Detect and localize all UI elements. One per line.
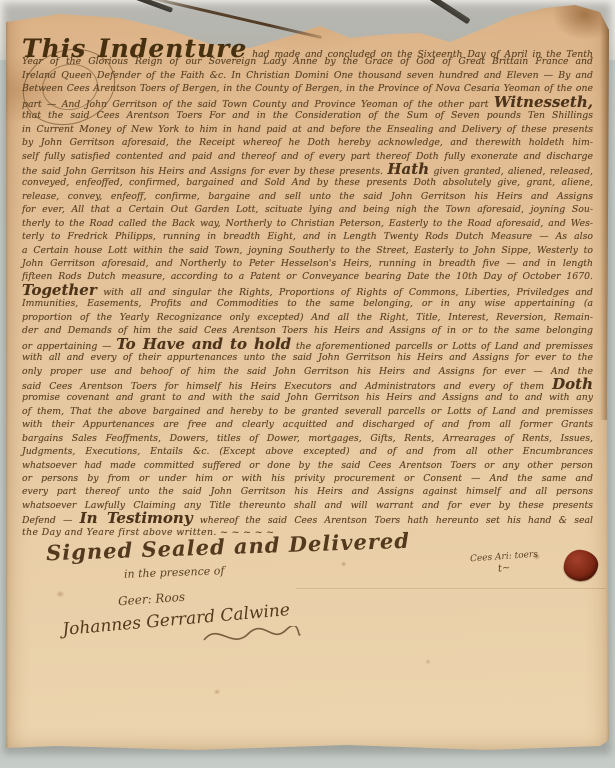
document-line: therly to the Road called the Back way, …	[22, 217, 593, 230]
document-line: that the said Cees Arentson Toers For an…	[22, 109, 593, 122]
document-line: Immunities, Easements, Profits and Commo…	[22, 297, 593, 310]
document-line: a Certain house Lott within the said Tow…	[22, 244, 593, 257]
document-line: This Indenture had made and concluded on…	[22, 42, 593, 55]
document-line: Year of the Glorious Reign of our Sovere…	[22, 55, 593, 68]
grantor-signature-flourish: t~	[497, 562, 510, 574]
signature-flourish	[202, 626, 302, 652]
document-line: for ever, All that a Certain Out Garden …	[22, 203, 593, 216]
document-line: self fully satisfied contented and paid …	[22, 150, 593, 163]
document-line: der and Demands of him the said Cees Are…	[22, 324, 593, 337]
document-line: only proper use and behoof of him the sa…	[22, 365, 593, 378]
document-body-text: This Indenture had made and concluded on…	[22, 42, 593, 539]
document-line: with their Appurtenances are free and cl…	[22, 418, 593, 431]
ink-layer: This Indenture had made and concluded on…	[6, 0, 609, 752]
manuscript-photo: { "scene": { "description": "Photograph …	[0, 0, 615, 768]
presence-line: in the presence of	[124, 564, 225, 581]
document-line: fifteen Rods Dutch measure, according to…	[22, 270, 593, 283]
document-line: or appertaining — To Have and to hold th…	[22, 338, 593, 351]
document-line: terly to Fredrick Philipps, running in b…	[22, 230, 593, 243]
document-line: with all and every of their appurtenance…	[22, 351, 593, 364]
document-line: Ireland Queen Defender of the Faith &c. …	[22, 69, 593, 82]
document-line: Together with all and singular the Right…	[22, 284, 593, 297]
document-line: John Gerritson aforesaid, and Northerly …	[22, 257, 593, 270]
document-line: of them, That the above bargained and he…	[22, 405, 593, 418]
document-line: or persons by from or under him or with …	[22, 472, 593, 485]
document-line: Judgments, Executions, Entails &c. (Exce…	[22, 445, 593, 458]
document-line: part — And John Gerritson of the said To…	[22, 96, 593, 109]
witness-signature-1: Geer: Roos	[118, 590, 186, 609]
document-line: bargains Sales Feoffments, Dowers, title…	[22, 432, 593, 445]
document-line: by John Gerritson aforesaid, the Receipt…	[22, 136, 593, 149]
document-line: every part thereof unto the said John Ge…	[22, 485, 593, 498]
red-wax-seal-icon	[562, 548, 600, 583]
document-line: in Current Money of New York to him in h…	[22, 123, 593, 136]
document-line: Defend — In Testimony whereof the said C…	[22, 512, 593, 525]
document-line: proportion of the Yearly Recognizance on…	[22, 311, 593, 324]
document-line: release, convey, enfeoff, confirme, barg…	[22, 190, 593, 203]
document-line: whatsoever had made committed suffered o…	[22, 459, 593, 472]
document-line: the said John Gerritson his Heirs and As…	[22, 163, 593, 176]
document-line: said Cees Arentson Toers for himself his…	[22, 378, 593, 391]
document-line: conveyed, enfeoffed, confirmed, bargaine…	[22, 176, 593, 189]
document-line: promise covenant and grant to and with t…	[22, 391, 593, 404]
